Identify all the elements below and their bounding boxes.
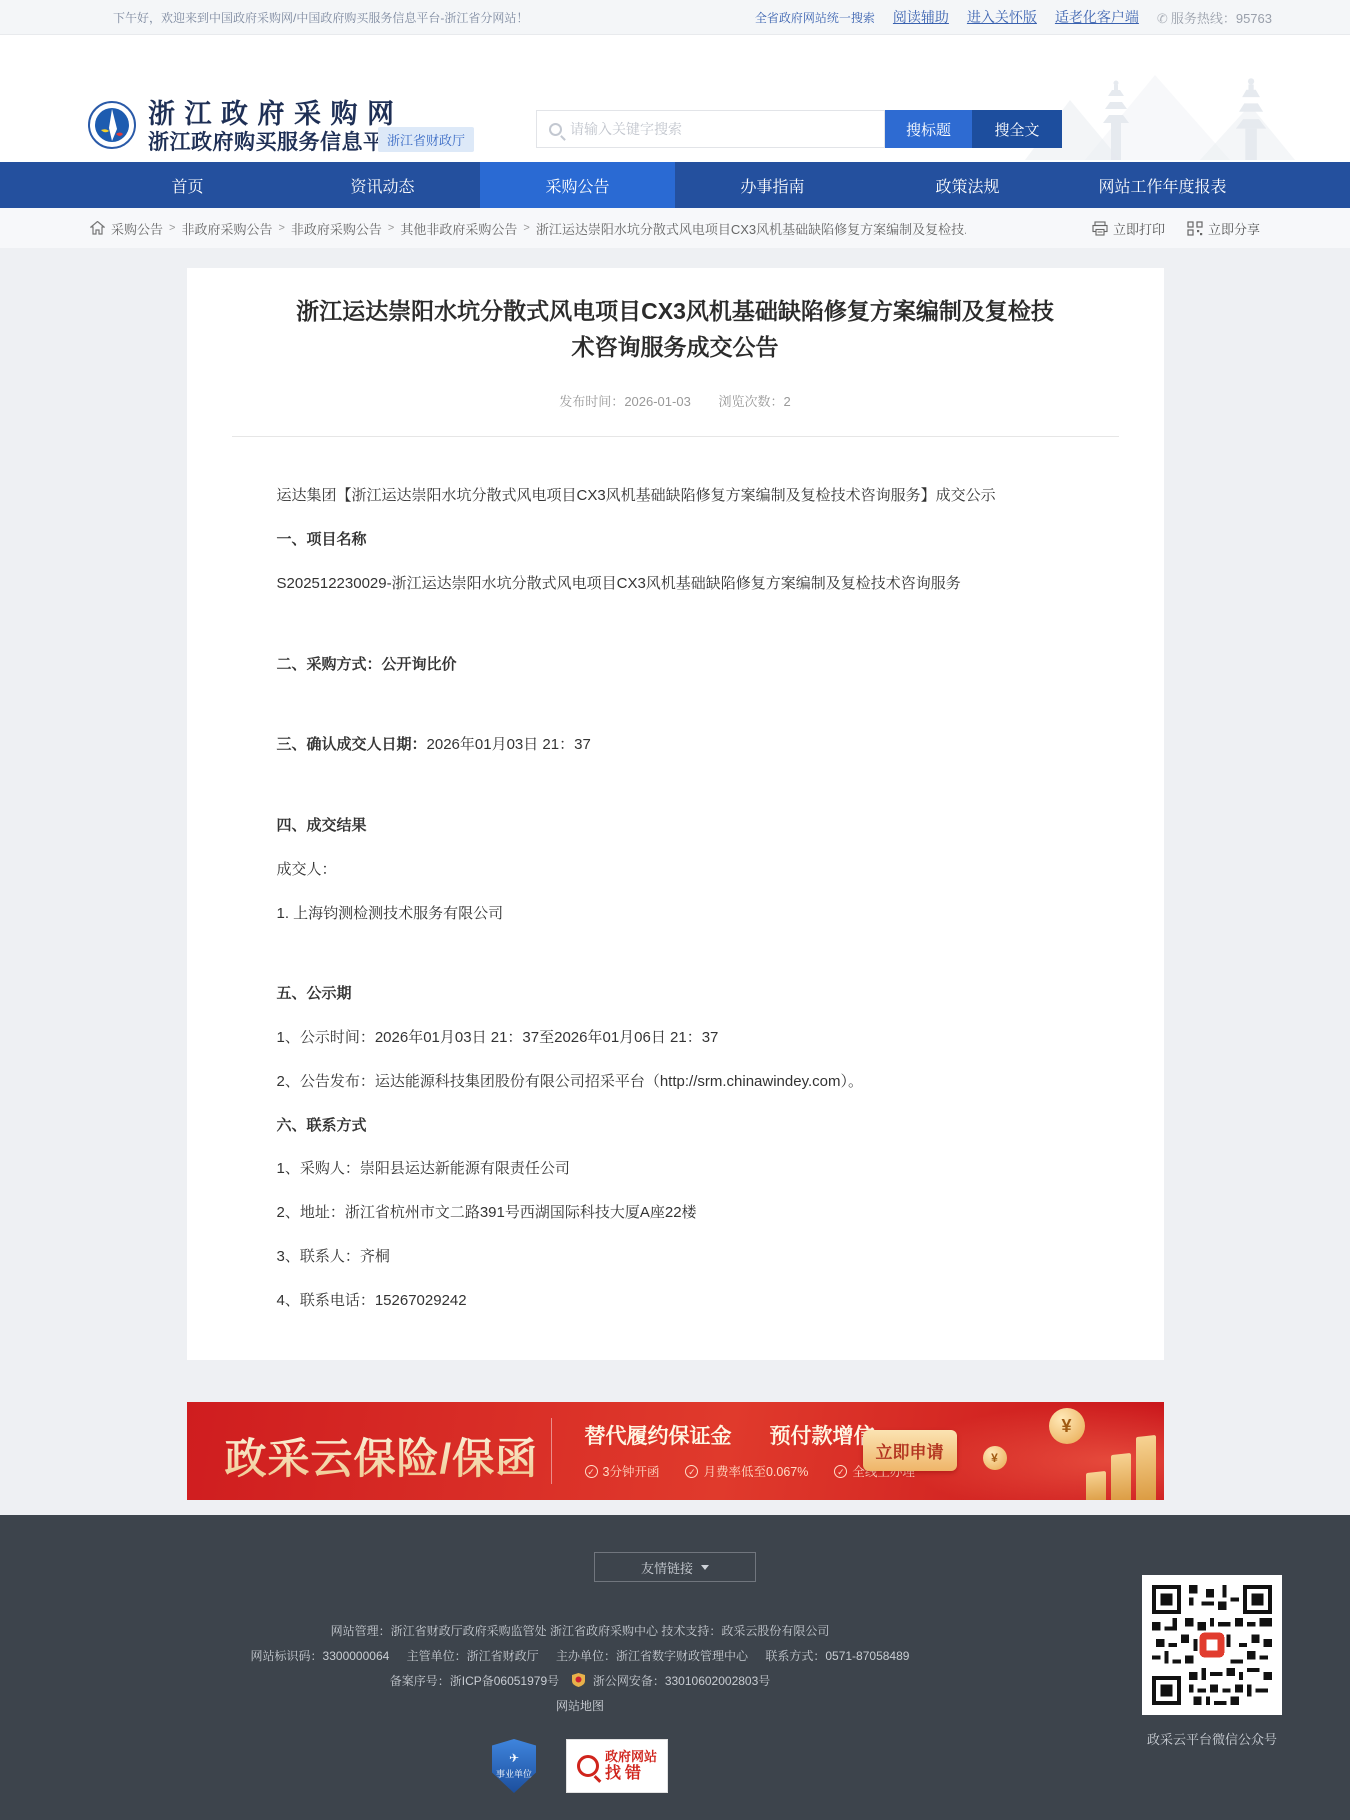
article-paragraph: S202512230029-浙江运达崇阳水坑分散式风电项目CX3风机基础缺陷修复… xyxy=(277,573,1074,595)
crumb-current: 浙江运达崇阳水坑分散式风电项目CX3风机基础缺陷修复方案编制及复检技... xyxy=(536,219,966,238)
article-paragraph: 2、公告发布：运达能源科技集团股份有限公司招采平台（http://srm.chi… xyxy=(277,1071,1074,1093)
coin-icon: ¥ xyxy=(983,1446,1007,1470)
view-count: 2 xyxy=(783,394,790,409)
search-box xyxy=(536,110,885,148)
plane-icon: ✈ xyxy=(509,1752,519,1764)
crumb-other-non-gov[interactable]: 其他非政府采购公告 xyxy=(400,219,517,238)
footer-beian-line: 备案序号：浙ICP备06051979号 浙公网安备：33010602002803… xyxy=(0,1669,1160,1694)
section-heading: 一、项目名称 xyxy=(277,529,1074,551)
search-fulltext-button[interactable]: 搜全文 xyxy=(972,110,1062,148)
article-paragraph: 4、联系电话：15267029242 xyxy=(277,1290,1074,1312)
announcement-title: 浙江运达崇阳水坑分散式风电项目CX3风机基础缺陷修复方案编制及复检技术咨询服务成… xyxy=(187,268,1164,365)
nav-item-procurement-notices[interactable]: 采购公告 xyxy=(480,162,675,208)
publish-date: 2026-01-03 xyxy=(624,394,691,409)
article-paragraph: 2、地址：浙江省杭州市文二路391号西湖国际科技大厦A座22楼 xyxy=(277,1202,1074,1224)
article-paragraph: 1、公示时间：2026年01月03日 21：37至2026年01月06日 21：… xyxy=(277,1027,1074,1049)
breadcrumb: 采购公告 > 非政府采购公告 > 非政府采购公告 > 其他非政府采购公告 > 浙… xyxy=(90,219,1260,238)
public-institution-badge[interactable]: ✈ 事业单位 xyxy=(492,1739,536,1793)
site-emblem-icon xyxy=(88,101,136,149)
banner-divider xyxy=(551,1418,552,1484)
section-heading: 二、采购方式：公开询比价 xyxy=(277,654,1074,676)
nav-item-home[interactable]: 首页 xyxy=(90,162,285,208)
main-navigation: 首页 资讯动态 采购公告 办事指南 政策法规 网站工作年度报表 xyxy=(0,162,1350,208)
site-title: 浙 江 政 府 采 购 网 xyxy=(148,101,406,128)
article-paragraph: 3、联系人：齐桐 xyxy=(277,1246,1074,1268)
qr-code xyxy=(1142,1575,1282,1715)
crumb-non-gov-2[interactable]: 非政府采购公告 xyxy=(291,219,382,238)
article-paragraph: 运达集团【浙江运达崇阳水坑分散式风电项目CX3风机基础缺陷修复方案编制及复检技术… xyxy=(277,485,1074,507)
nav-item-news[interactable]: 资讯动态 xyxy=(285,162,480,208)
police-beian-number[interactable]: 浙公网安备：33010602002803号 xyxy=(593,1674,770,1688)
service-hotline: ✆服务热线：95763 xyxy=(1157,8,1272,27)
police-badge-icon xyxy=(572,1673,585,1687)
nav-item-policies[interactable]: 政策法规 xyxy=(870,162,1065,208)
banner-title: 政采云保险/保函 xyxy=(225,1426,539,1486)
site-subtitle: 浙江政府购买服务信息平台 xyxy=(148,132,406,153)
nav-item-guide[interactable]: 办事指南 xyxy=(675,162,870,208)
section-heading: 六、联系方式 xyxy=(277,1115,1074,1137)
crumb-procurement[interactable]: 采购公告 xyxy=(111,219,163,238)
check-icon: ✓ xyxy=(834,1465,847,1478)
search-input[interactable] xyxy=(570,111,884,147)
breadcrumb-bar: 采购公告 > 非政府采购公告 > 非政府采购公告 > 其他非政府采购公告 > 浙… xyxy=(0,208,1350,248)
site-header: 浙 江 政 府 采 购 网 浙江政府购买服务信息平台 浙江省财政厅 搜标题 搜全… xyxy=(0,35,1350,162)
announcement-meta: 发布时间：2026-01-03 浏览次数：2 xyxy=(187,391,1164,410)
link-care-version[interactable]: 进入关怀版 xyxy=(967,7,1037,27)
link-province-search[interactable]: 全省政府网站统一搜索 xyxy=(755,9,875,26)
phone-icon: ✆ xyxy=(1157,11,1168,26)
search-title-button[interactable]: 搜标题 xyxy=(885,110,972,148)
check-icon: ✓ xyxy=(685,1465,698,1478)
print-icon xyxy=(1092,221,1108,236)
crumb-non-gov[interactable]: 非政府采购公告 xyxy=(181,219,272,238)
footer-info: 网站管理：浙江省财政厅政府采购监管处 浙江省政府采购中心 技术支持：政采云股份有… xyxy=(0,1619,1160,1719)
finance-dept-badge: 浙江省财政厅 xyxy=(378,127,474,152)
footer-org-line: 网站标识码：3300000064 主管单位：浙江省财政厅 主办单位：浙江省数字财… xyxy=(0,1644,1160,1669)
check-icon: ✓ xyxy=(585,1465,598,1478)
coin-icon: ¥ xyxy=(1049,1408,1085,1444)
top-utility-bar: 下午好，欢迎来到中国政府采购网/中国政府购买服务信息平台-浙江省分网站！ 全省政… xyxy=(0,0,1350,35)
article-paragraph: 1、采购人：崇阳县运达新能源有限责任公司 xyxy=(277,1158,1074,1180)
link-elder-client[interactable]: 适老化客户端 xyxy=(1055,7,1139,27)
wechat-qr-block: 政采云平台微信公众号 xyxy=(1142,1575,1282,1748)
footer-badges: ✈ 事业单位 政府网站 找错 xyxy=(0,1739,1160,1793)
print-button[interactable]: 立即打印 xyxy=(1092,219,1165,238)
share-button[interactable]: 立即分享 xyxy=(1187,219,1260,238)
main-content-area: 浙江运达崇阳水坑分散式风电项目CX3风机基础缺陷修复方案编制及复检技术咨询服务成… xyxy=(0,248,1350,1515)
chevron-down-icon xyxy=(701,1565,709,1570)
site-footer: 友情链接 网站管理：浙江省财政厅政府采购监管处 浙江省政府采购中心 技术支持：政… xyxy=(0,1515,1350,1820)
site-logo[interactable]: 浙 江 政 府 采 购 网 浙江政府购买服务信息平台 xyxy=(88,101,406,153)
article-paragraph: 成交人： xyxy=(277,859,1074,881)
apply-now-button[interactable]: 立即申请 xyxy=(863,1430,957,1471)
share-qr-icon xyxy=(1187,221,1203,236)
announcement-panel: 浙江运达崇阳水坑分散式风电项目CX3风机基础缺陷修复方案编制及复检技术咨询服务成… xyxy=(187,268,1164,1360)
friend-links-dropdown[interactable]: 友情链接 xyxy=(594,1552,756,1582)
page: 下午好，欢迎来到中国政府采购网/中国政府购买服务信息平台-浙江省分网站！ 全省政… xyxy=(0,0,1350,1820)
announcement-body: 运达集团【浙江运达崇阳水坑分散式风电项目CX3风机基础缺陷修复方案编制及复检技术… xyxy=(187,437,1164,1311)
icp-number: 备案序号：浙ICP备06051979号 xyxy=(390,1674,559,1688)
welcome-text: 下午好，欢迎来到中国政府采购网/中国政府购买服务信息平台-浙江省分网站！ xyxy=(113,9,528,26)
section-heading: 五、公示期 xyxy=(277,983,1074,1005)
article-paragraph: 1. 上海钧测检测技术服务有限公司 xyxy=(277,903,1074,925)
search-icon xyxy=(549,123,562,136)
qr-caption: 政采云平台微信公众号 xyxy=(1142,1729,1282,1748)
gold-bars-illustration xyxy=(1086,1436,1156,1500)
gov-site-find-error-badge[interactable]: 政府网站 找错 xyxy=(566,1739,668,1793)
footer-management-line: 网站管理：浙江省财政厅政府采购监管处 浙江省政府采购中心 技术支持：政采云股份有… xyxy=(0,1619,1160,1644)
find-error-magnifier-icon xyxy=(577,1755,599,1777)
section-heading: 四、成交结果 xyxy=(277,815,1074,837)
section-heading: 三、确认成交人日期：2026年01月03日 21：37 xyxy=(277,734,1074,756)
link-reading-aid[interactable]: 阅读辅助 xyxy=(893,7,949,27)
sitemap-link[interactable]: 网站地图 xyxy=(556,1699,604,1713)
home-icon[interactable] xyxy=(90,221,105,235)
nav-item-annual-report[interactable]: 网站工作年度报表 xyxy=(1065,162,1260,208)
insurance-ad-banner[interactable]: 政采云保险/保函 替代履约保证金预付款增信 ✓3分钟开函 ✓月费率低至0.067… xyxy=(187,1402,1164,1500)
decorative-pagoda-art xyxy=(1025,45,1295,160)
